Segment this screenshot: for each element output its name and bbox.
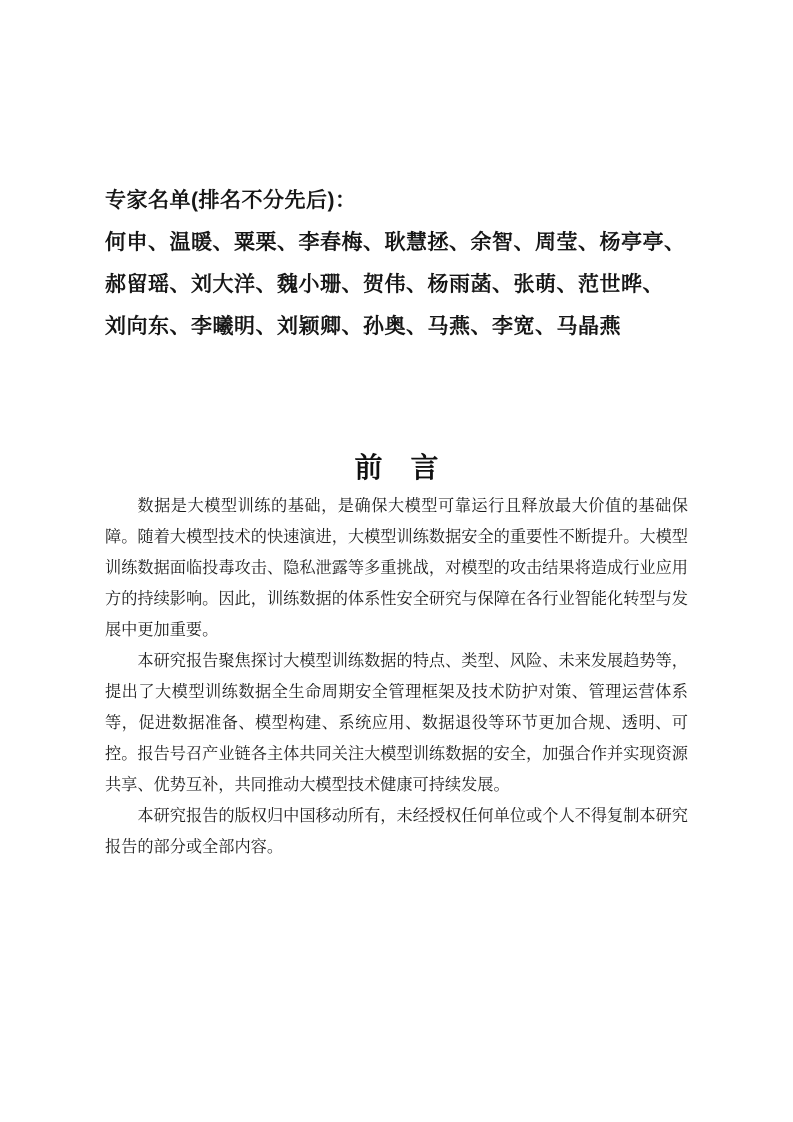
preface-paragraph: 数据是大模型训练的基础，是确保大模型可靠运行且释放最大价值的基础保障。随着大模型… <box>105 491 688 646</box>
document-page: 专家名单(排名不分先后)： 何申、温暖、粟栗、李春梅、耿慧拯、余智、周莹、杨亭亭… <box>0 0 793 1122</box>
expert-list-line: 刘向东、李曦明、刘颖卿、孙奥、马燕、李宽、马晶燕 <box>105 306 695 348</box>
expert-list-line: 何申、温暖、粟栗、李春梅、耿慧拯、余智、周莹、杨亭亭、 <box>105 222 695 264</box>
expert-list: 专家名单(排名不分先后)： 何申、温暖、粟栗、李春梅、耿慧拯、余智、周莹、杨亭亭… <box>105 180 695 348</box>
preface-paragraph: 本研究报告的版权归中国移动所有，未经授权任何单位或个人不得复制本研究报告的部分或… <box>105 801 688 863</box>
preface-title: 前 言 <box>105 448 688 488</box>
preface-body: 数据是大模型训练的基础，是确保大模型可靠运行且释放最大价值的基础保障。随着大模型… <box>105 491 688 863</box>
expert-list-line: 郝留瑶、刘大洋、魏小珊、贺伟、杨雨菡、张萌、范世晔、 <box>105 264 695 306</box>
expert-list-heading: 专家名单(排名不分先后)： <box>105 180 695 222</box>
preface-paragraph: 本研究报告聚焦探讨大模型训练数据的特点、类型、风险、未来发展趋势等，提出了大模型… <box>105 646 688 801</box>
